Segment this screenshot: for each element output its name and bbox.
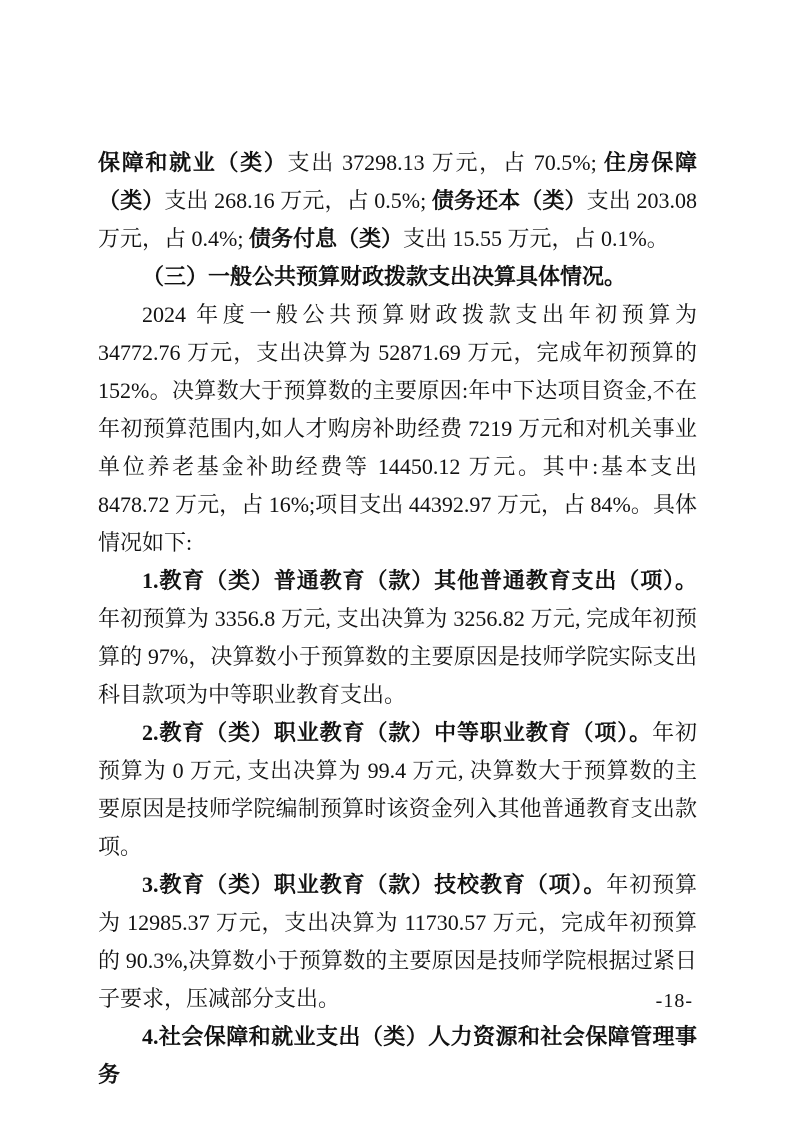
bold-text-run: 债务还本（类） bbox=[432, 188, 587, 213]
bold-text-run: 2.教育（类）职业教育（款）中等职业教育（项）。 bbox=[142, 720, 652, 745]
item-1-other-general-education: 1.教育（类）普通教育（款）其他普通教育支出（项）。年初预算为 3356.8 万… bbox=[98, 562, 697, 714]
text-run: 年初预算为 3356.8 万元, 支出决算为 3256.82 万元, 完成年初预… bbox=[98, 606, 697, 707]
page-number: -18- bbox=[656, 988, 693, 1014]
bold-text-run: 保障和就业（类） bbox=[98, 150, 288, 175]
text-run: 2024 年度一般公共预算财政拨款支出年初预算为 34772.76 万元，支出决… bbox=[98, 302, 697, 555]
bold-text-run: （三）一般公共预算财政拨款支出决算具体情况。 bbox=[142, 264, 626, 289]
overview-paragraph: 2024 年度一般公共预算财政拨款支出年初预算为 34772.76 万元，支出决… bbox=[98, 296, 697, 562]
continuation-expenditure-summary: 保障和就业（类）支出 37298.13 万元，占 70.5%; 住房保障（类）支… bbox=[98, 144, 697, 258]
item-2-secondary-vocational-education: 2.教育（类）职业教育（款）中等职业教育（项）。年初预算为 0 万元, 支出决算… bbox=[98, 714, 697, 866]
document-body: 保障和就业（类）支出 37298.13 万元，占 70.5%; 住房保障（类）支… bbox=[98, 144, 697, 1094]
document-page: 保障和就业（类）支出 37298.13 万元，占 70.5%; 住房保障（类）支… bbox=[0, 0, 793, 1122]
text-run: 支出 37298.13 万元，占 70.5%; bbox=[288, 150, 604, 175]
section-heading: （三）一般公共预算财政拨款支出决算具体情况。 bbox=[98, 258, 697, 296]
item-4-social-security-management: 4.社会保障和就业支出（类）人力资源和社会保障管理事务 bbox=[98, 1018, 697, 1094]
bold-text-run: 债务付息（类） bbox=[249, 226, 403, 251]
item-3-technical-school-education: 3.教育（类）职业教育（款）技校教育（项）。年初预算为 12985.37 万元，… bbox=[98, 866, 697, 1018]
text-run: 支出 268.16 万元，占 0.5%; bbox=[164, 188, 432, 213]
text-run: 支出 15.55 万元，占 0.1%。 bbox=[403, 226, 669, 251]
bold-text-run: 4.社会保障和就业支出（类）人力资源和社会保障管理事务 bbox=[98, 1024, 697, 1087]
bold-text-run: 1.教育（类）普通教育（款）其他普通教育支出（项）。 bbox=[142, 568, 697, 593]
bold-text-run: 3.教育（类）职业教育（款）技校教育（项）。 bbox=[142, 872, 606, 897]
